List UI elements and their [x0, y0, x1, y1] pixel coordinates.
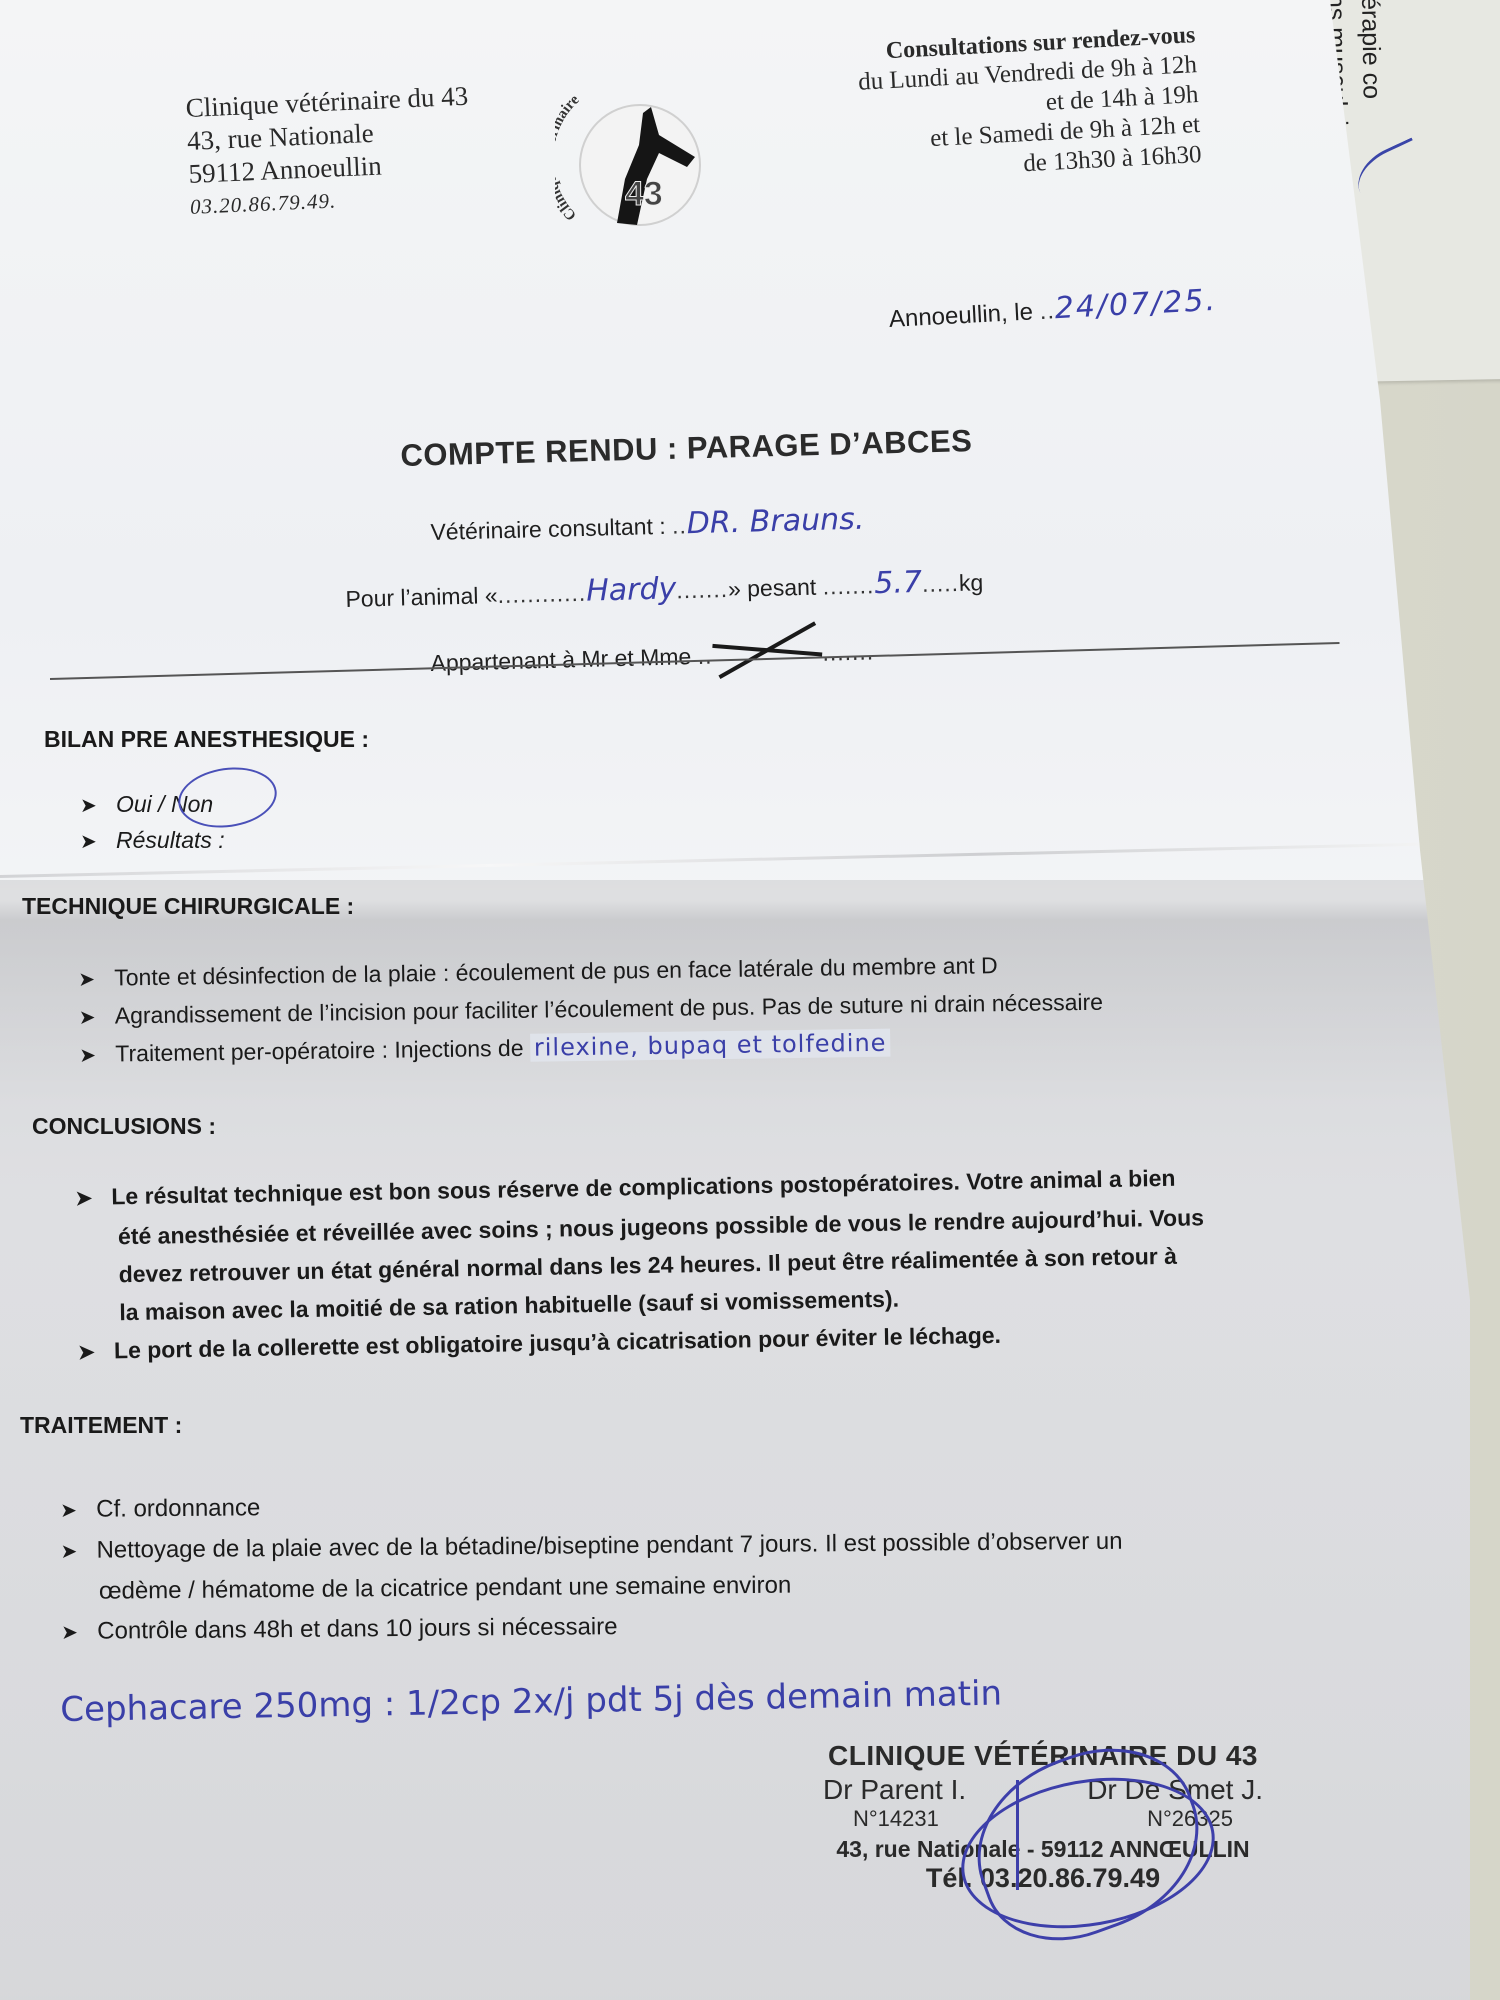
arrow-bullet-icon: ➤ — [80, 789, 116, 823]
signature-stroke — [1016, 1780, 1019, 1890]
bilan-results-row: ➤Résultats : — [80, 823, 225, 859]
clinic-logo: Clinique vétérinaire 43 — [555, 75, 705, 235]
handwritten-injections: rilexine, bupaq et tolfedine — [530, 1029, 891, 1062]
stamp-doctor-1: Dr Parent I. — [823, 1774, 966, 1806]
arrow-bullet-icon: ➤ — [60, 1532, 96, 1572]
logo-arc-text: Clinique vétérinaire — [555, 92, 583, 224]
arrow-bullet-icon: ➤ — [79, 1037, 115, 1073]
vet-field: Vétérinaire consultant : ..DR. Brauns. — [430, 502, 865, 548]
arrow-bullet-icon: ➤ — [78, 961, 114, 997]
weight-value: 5.7 — [874, 565, 923, 601]
technique-heading: TECHNIQUE CHIRURGICALE : — [22, 893, 354, 920]
stamp-number-1: N°14231 — [853, 1806, 939, 1832]
weight-label: » pesant — [728, 574, 817, 602]
technique-list: ➤Tonte et désinfection de la plaie : éco… — [78, 946, 1104, 1074]
conclusions-list: ➤Le résultat technique est bon sous rése… — [75, 1158, 1206, 1372]
animal-field: Pour l’animal «............Hardy.......»… — [345, 563, 984, 615]
vet-value: DR. Brauns. — [686, 502, 864, 542]
arrow-bullet-icon: ➤ — [80, 825, 116, 859]
arrow-bullet-icon: ➤ — [79, 999, 115, 1035]
owner-field: Appartenant à Mr et Mme ......... — [430, 631, 874, 677]
date-label: Annoeullin, le — [888, 298, 1033, 333]
clinic-address-block: Clinique vétérinaire du 43 43, rue Natio… — [185, 80, 473, 224]
animal-name: Hardy — [586, 571, 677, 608]
logo-number: 43 — [625, 175, 663, 213]
owner-label: Appartenant à Mr et Mme — [430, 643, 691, 676]
traitement-heading: TRAITEMENT : — [20, 1412, 182, 1439]
arrow-bullet-icon: ➤ — [60, 1491, 96, 1531]
vet-label: Vétérinaire consultant : — [430, 513, 666, 545]
bilan-heading: BILAN PRE ANESTHESIQUE : — [44, 726, 369, 753]
date-line: Annoeullin, le ..24/07/25. — [888, 283, 1218, 335]
arrow-bullet-icon: ➤ — [78, 1333, 115, 1372]
arrow-bullet-icon: ➤ — [61, 1613, 97, 1653]
traitement-list: ➤Cf. ordonnance ➤Nettoyage de la plaie a… — [60, 1481, 1123, 1653]
consultation-hours: Consultations sur rendez-vous du Lundi a… — [815, 20, 1202, 190]
arrow-bullet-icon: ➤ — [75, 1179, 112, 1218]
document-title: COMPTE RENDU : PARAGE D’ABCES — [400, 423, 973, 474]
weight-unit: kg — [959, 569, 984, 596]
date-value: 24/07/25. — [1054, 283, 1218, 326]
report-paper: Clinique vétérinaire du 43 43, rue Natio… — [0, 0, 1470, 2000]
conclusions-heading: CONCLUSIONS : — [32, 1113, 216, 1140]
animal-label: Pour l’animal « — [345, 582, 498, 612]
